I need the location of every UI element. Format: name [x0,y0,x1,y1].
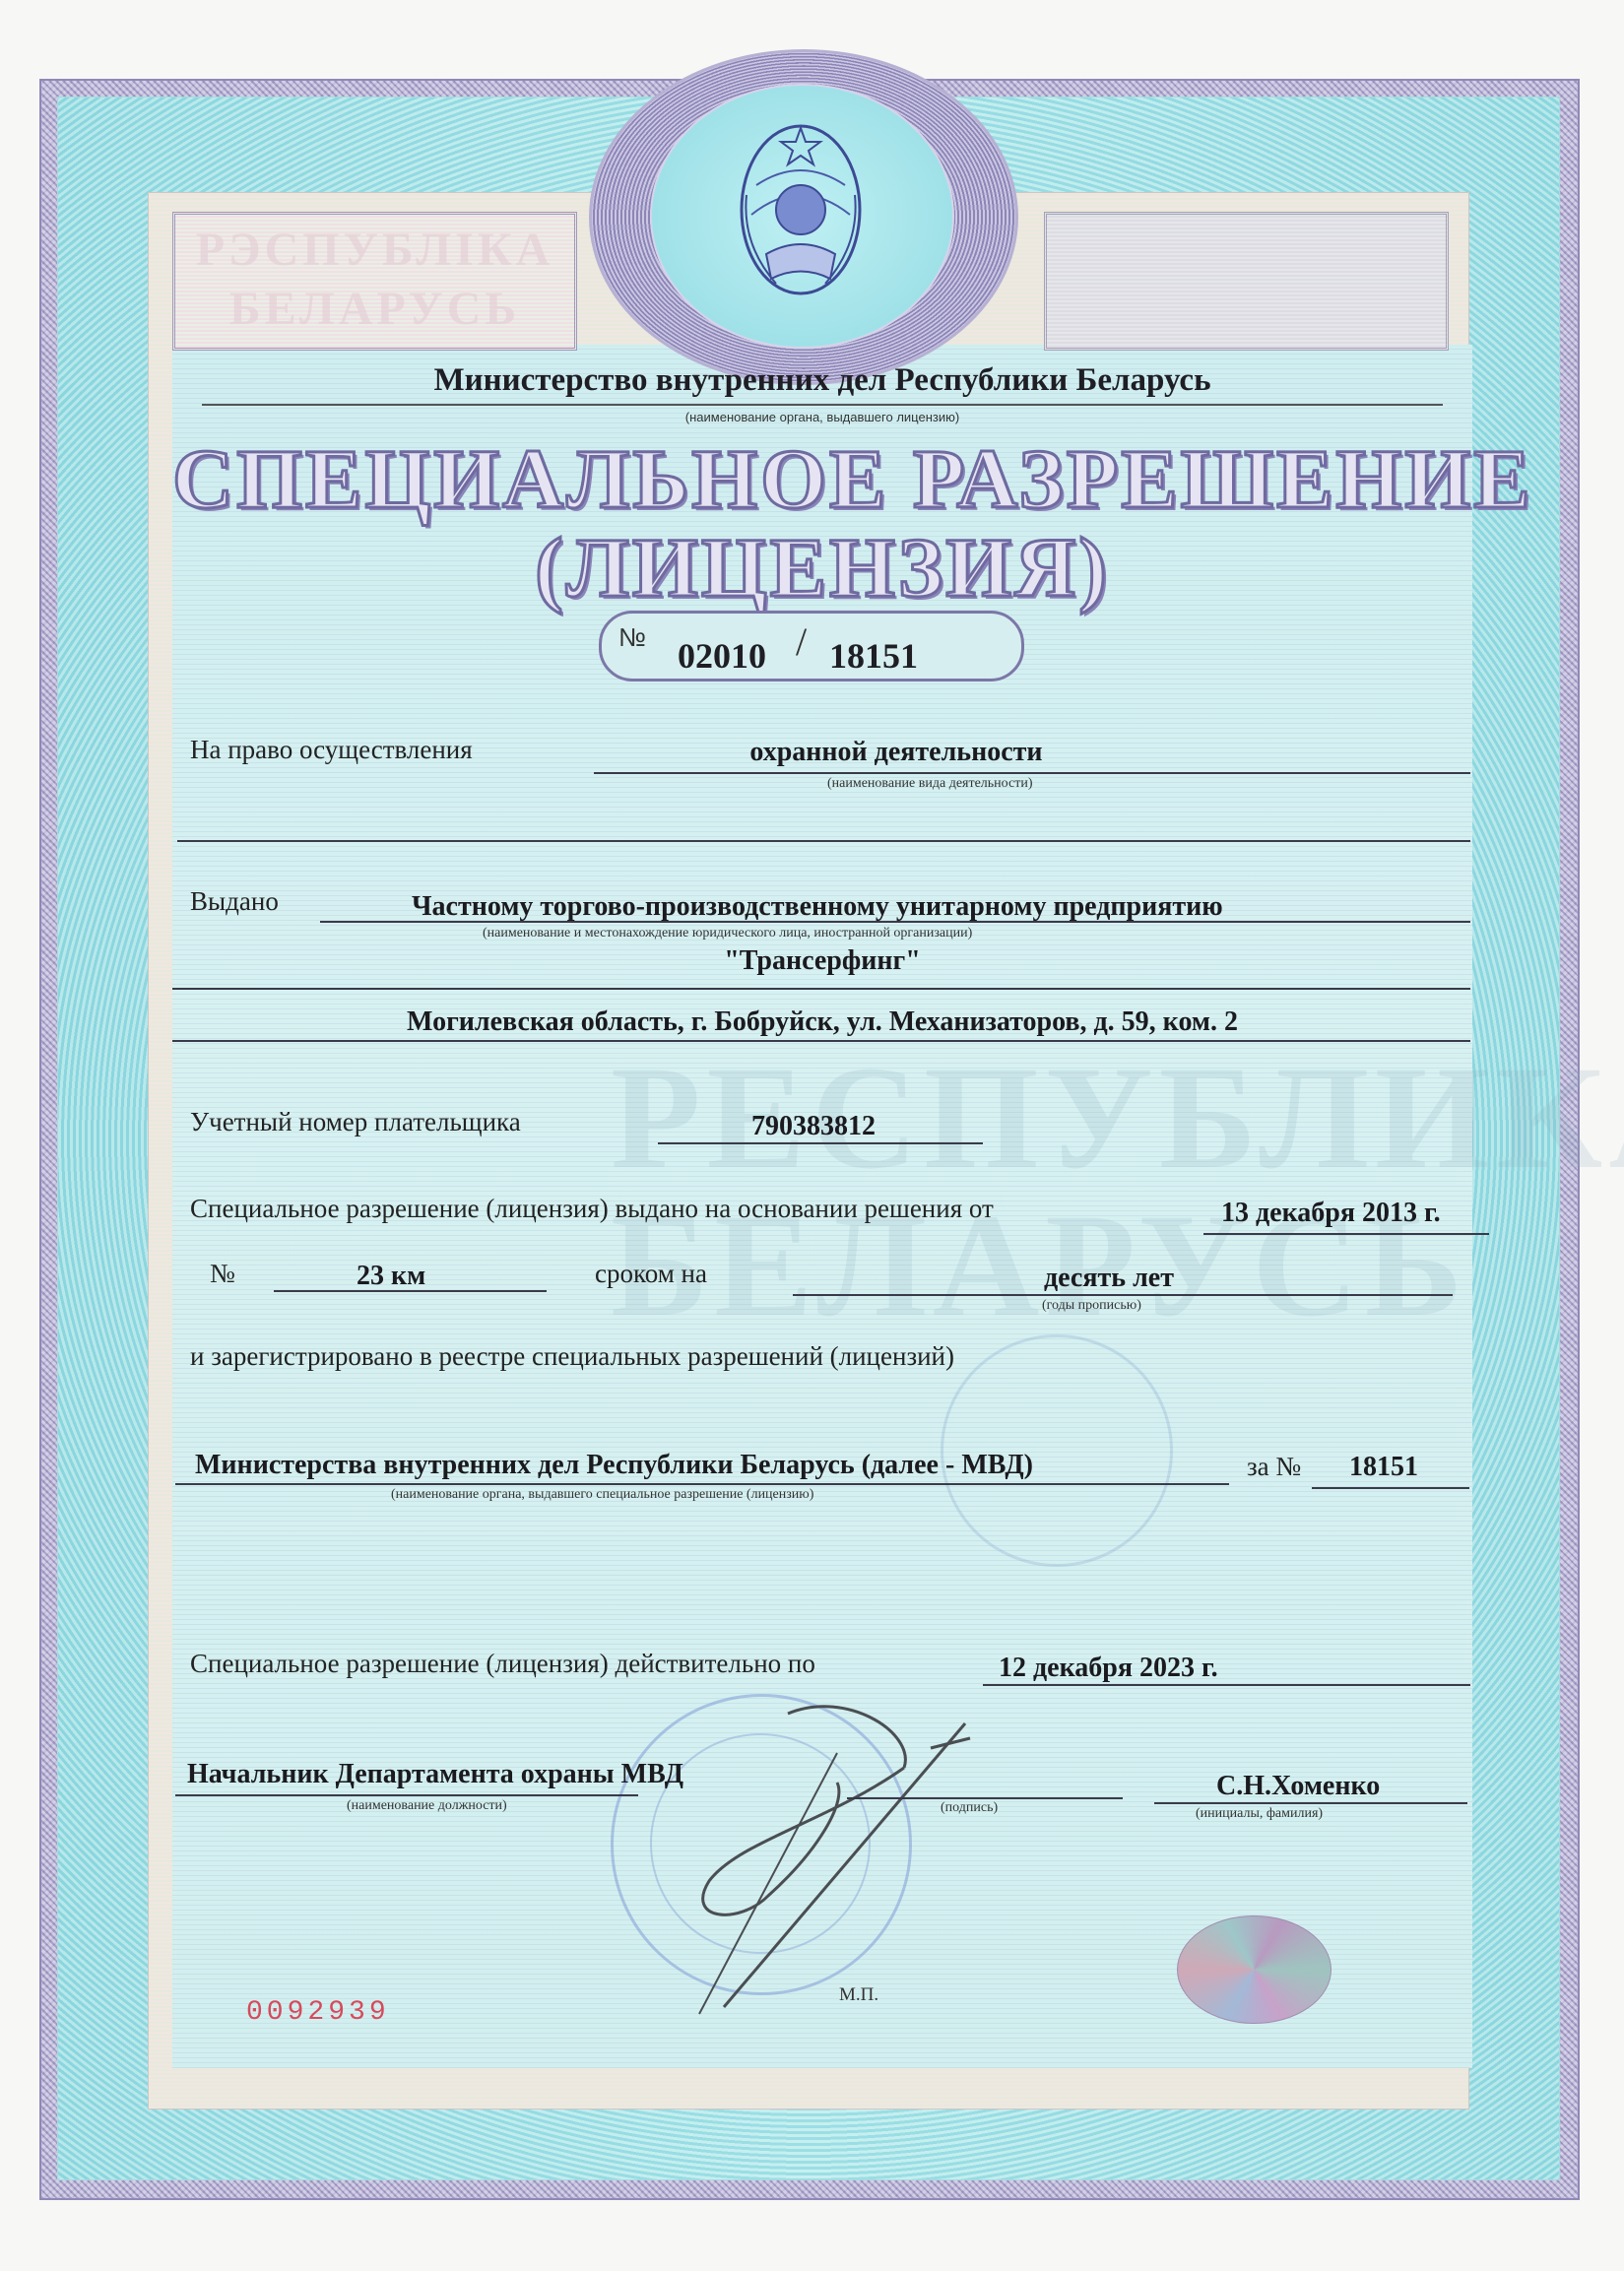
blank-line [177,840,1470,842]
address-underline [172,1040,1470,1042]
registry-authority: Министерства внутренних дел Республики Б… [195,1450,1033,1481]
issued-to-underline [320,921,1470,923]
decision-number-label: № [210,1259,235,1289]
decision-number-underline [274,1290,547,1292]
signatory-name: С.Н.Хоменко [1216,1771,1380,1802]
signature-icon [591,1694,1083,2019]
registry-label: и зарегистрировано в реестре специальных… [190,1341,954,1372]
security-box-text: РЭСПУБЛIКА БЕЛАРУСЬ [175,221,574,339]
taxpayer-underline [658,1142,983,1144]
hologram-icon [1177,1915,1332,2024]
signature-underline [847,1797,1123,1799]
activity-value: охранной деятельности [453,737,1339,768]
term-label: сроком на [595,1259,707,1289]
validity-label: Специальное разрешение (лицензия) действ… [190,1649,815,1679]
decision-label: Специальное разрешение (лицензия) выдано… [190,1194,994,1224]
registry-number-underline [1312,1487,1469,1489]
validity-date: 12 декабря 2023 г. [999,1653,1218,1684]
registry-authority-underline [175,1483,1229,1485]
registry-authority-caption: (наименование органа, выдавшего специаль… [391,1487,813,1503]
security-box-right [1044,212,1449,351]
license-number-part1: 02010 [678,635,766,677]
document-subtitle: (ЛИЦЕНЗИЯ) [172,520,1472,615]
company-address: Могилевская область, г. Бобруйск, ул. Ме… [172,1006,1472,1038]
decision-date: 13 декабря 2013 г. [1221,1198,1441,1229]
name-underline [1154,1802,1467,1804]
number-separator: / [796,618,807,665]
position-underline [175,1794,638,1796]
issued-to-label: Выдано [190,886,279,917]
decision-number: 23 км [357,1261,425,1292]
decision-date-underline [1203,1233,1489,1235]
number-symbol: № [618,622,646,653]
issued-to-company-name: "Трансерфинг" [172,945,1472,977]
position-caption: (наименование должности) [347,1798,507,1814]
issuing-authority-caption: (наименование органа, выдавшего лицензию… [172,410,1472,424]
company-underline [172,988,1470,990]
term-underline [793,1294,1453,1296]
license-number-box [599,611,1024,681]
activity-label: На право осуществления [190,735,473,765]
registry-number-label: за № [1247,1452,1301,1482]
term-value: десять лет [1044,1263,1174,1294]
signatory-position: Начальник Департамента охраны МВД [187,1759,683,1790]
divider [202,404,1443,406]
registry-number: 18151 [1349,1452,1418,1483]
serial-number: 0092939 [246,1997,390,2028]
signature-caption: (подпись) [941,1800,998,1816]
validity-underline [983,1684,1470,1686]
issued-to-line1: Частному торгово-производственному унита… [412,891,1223,923]
security-box-left: РЭСПУБЛIКА БЕЛАРУСЬ [172,212,577,351]
coat-of-arms-icon [727,116,875,313]
seal-label: М.П. [839,1984,878,2006]
document-title: СПЕЦИАЛЬНОЕ РАЗРЕШЕНИЕ [172,431,1472,526]
activity-underline [594,772,1470,774]
term-caption: (годы прописью) [1042,1298,1141,1314]
activity-caption: (наименование вида деятельности) [827,776,1033,792]
license-number-part2: 18151 [829,635,918,677]
taxpayer-label: Учетный номер плательщика [190,1107,521,1137]
name-caption: (инициалы, фамилия) [1196,1806,1323,1822]
taxpayer-number: 790383812 [751,1111,876,1142]
issued-to-caption: (наименование и местонахождение юридичес… [483,926,972,941]
issuing-authority: Министерство внутренних дел Республики Б… [172,362,1472,399]
